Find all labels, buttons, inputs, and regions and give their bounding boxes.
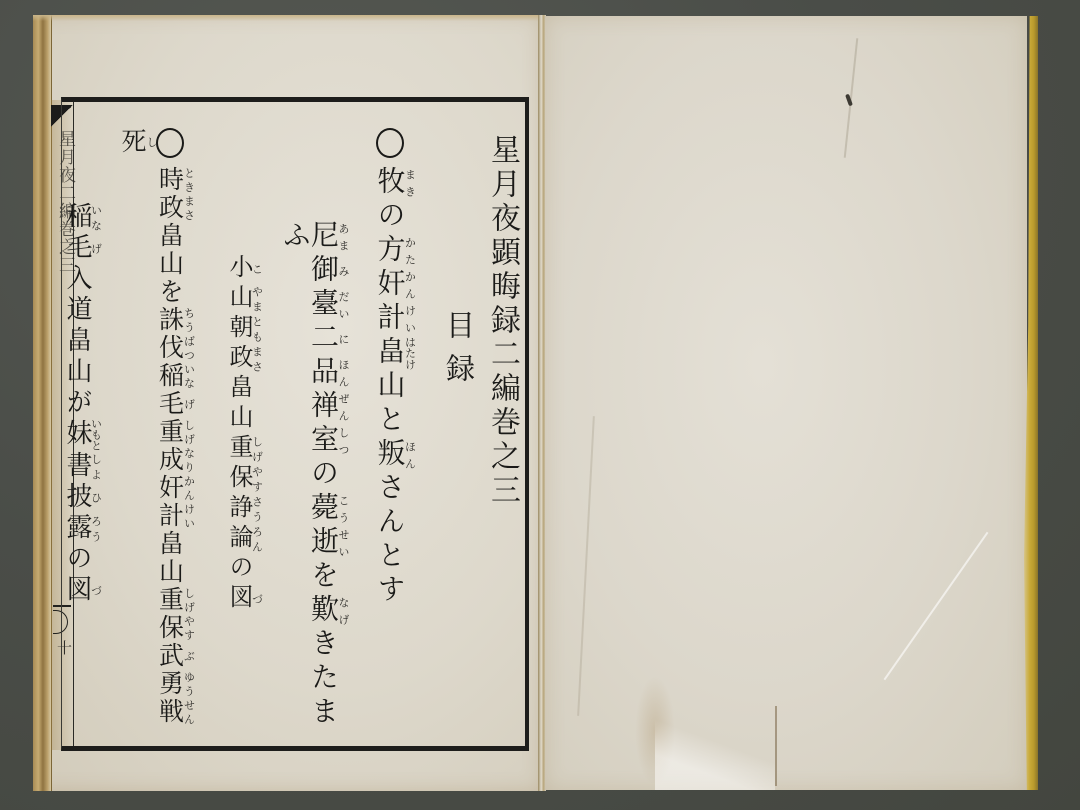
toc-entry-text: 時とき政まさ畠山を誅ちう伐ばつ稲いな毛げ重しげ成なり奸かん計けい畠山重しげ保やす… xyxy=(118,128,185,726)
left-page: 星月夜二編巻之三 十 星月夜顕晦録二編巻之三 目録 牧まきの方かた奸かん計けい畠… xyxy=(33,15,541,791)
toc-heading: 目録 xyxy=(444,120,473,746)
circle-marker-icon xyxy=(376,128,404,158)
paper-crease xyxy=(577,416,594,716)
toc-entry-text: 牧まきの方かた奸かん計けい畠はたけ山と叛ほんさんとす xyxy=(374,166,407,608)
toc-entry: 稲いな毛げ入道畠山が妹いもと書しよ披ひ露ろうの図づ xyxy=(64,120,102,746)
toc-entry-text: 尼あま御み臺だい二に品ほん禅ぜん室しつの薨こう逝せいを歎なげきたまふ xyxy=(279,220,340,730)
toc-entry: 時とき政まさ畠山を誅ちう伐ばつ稲いな毛げ重しげ成なり奸かん計けい畠山重しげ保やす… xyxy=(120,120,195,746)
book-title: 星月夜顕晦録二編巻之三 xyxy=(487,120,517,746)
content-frame: 星月夜顕晦録二編巻之三 目録 牧まきの方かた奸かん計けい畠はたけ山と叛ほんさんと… xyxy=(61,97,529,751)
paper-tear xyxy=(775,706,777,786)
toc-entry: 牧まきの方かた奸かん計けい畠はたけ山と叛ほんさんとす xyxy=(376,120,417,746)
toc-entry-text: 小こ山やま朝とも政まさ畠山重しげ保やす諍さう論ろんの図づ xyxy=(225,254,253,614)
toc-entry-text: 稲いな毛げ入道畠山が妹いもと書しよ披ひ露ろうの図づ xyxy=(62,202,92,606)
paper-fold xyxy=(884,532,989,681)
toc-entry: 小こ山やま朝とも政まさ畠山重しげ保やす諍さう論ろんの図づ xyxy=(227,120,263,746)
toc-entry: 尼あま御み臺だい二に品ほん禅ぜん室しつの薨こう逝せいを歎なげきたまふ xyxy=(281,120,350,746)
right-page-blank xyxy=(545,16,1027,790)
paper-fold-corner xyxy=(655,716,775,790)
circle-marker-icon xyxy=(156,128,184,158)
page-edge-stack xyxy=(33,15,52,791)
toc-columns: 星月夜顕晦録二編巻之三 目録 牧まきの方かた奸かん計けい畠はたけ山と叛ほんさんと… xyxy=(62,102,525,746)
